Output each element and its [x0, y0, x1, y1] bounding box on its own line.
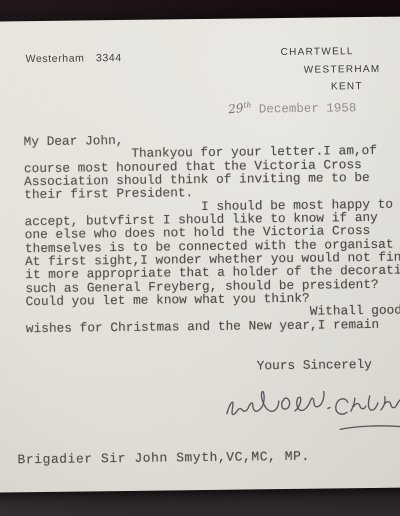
- typed-line: Yours Sincerely: [26, 357, 400, 375]
- letter-date: 29th December 1958: [228, 99, 356, 117]
- signature-winston-churchill: [217, 384, 400, 436]
- date-month-year: December 1958: [251, 101, 356, 116]
- letter-body: My Dear John, Thankyou for your letter.I…: [24, 130, 400, 375]
- signature-stroke-churchill: [336, 396, 400, 415]
- letter-photo: Westerham 3344 CHARTWELL WESTERHAM KENT …: [0, 0, 400, 516]
- signature-stroke-winston: [227, 391, 325, 415]
- letterhead-address-line: KENT: [331, 81, 363, 92]
- signature-stroke-period: [328, 407, 330, 408]
- date-day: 29: [228, 101, 245, 116]
- signature-underline-flourish: [340, 426, 400, 430]
- letter-paper: Westerham 3344 CHARTWELL WESTERHAM KENT …: [0, 16, 400, 492]
- letterhead-address-line: CHARTWELL: [280, 46, 353, 58]
- letterhead-address-line: WESTERHAM: [304, 64, 381, 76]
- letterhead-phone: Westerham 3344: [26, 52, 122, 65]
- recipient-line: Brigadier Sir John Smyth,VC,MC, MP.: [17, 449, 309, 468]
